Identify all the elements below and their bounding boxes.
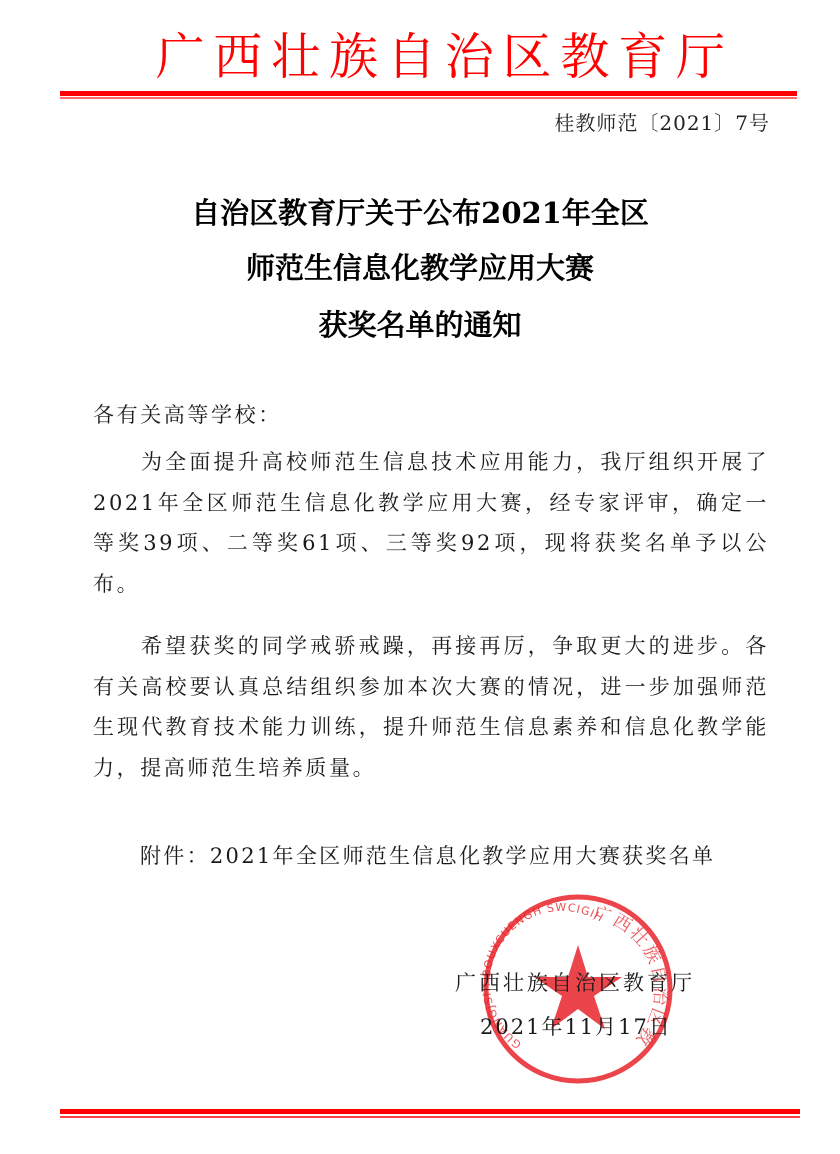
letterhead-organization: 广西壮族自治区教育厅 [156, 22, 705, 92]
document-title-line-3: 获奖名单的通知 [100, 298, 740, 352]
footer-rule-thick [60, 1109, 800, 1114]
document-title-line-1: 自治区教育厅关于公布2021年全区 [100, 186, 740, 240]
footer-rule-thin [60, 1116, 800, 1118]
body-paragraph-1: 为全面提升高校师范生信息技术应用能力，我厅组织开展了2021年全区师范生信息化教… [93, 442, 769, 604]
document-title-line-2: 师范生信息化教学应用大赛 [100, 241, 740, 295]
salutation: 各有关高等学校： [93, 395, 769, 436]
letterhead-rule-thick [60, 91, 797, 96]
letterhead-rule-thin [60, 97, 797, 99]
attachment-note: 附件：2021年全区师范生信息化教学应用大赛获奖名单 [140, 838, 780, 874]
body-paragraph-2: 希望获奖的同学戒骄戒躁，再接再厉，争取更大的进步。各有关高校要认真总结组织参加本… [93, 626, 769, 788]
signature-date: 2021年11月17日 [480, 1010, 710, 1044]
document-number: 桂教师范〔2021〕7号 [520, 108, 770, 138]
signature-organization: 广西壮族自治区教育厅 [455, 966, 705, 1000]
